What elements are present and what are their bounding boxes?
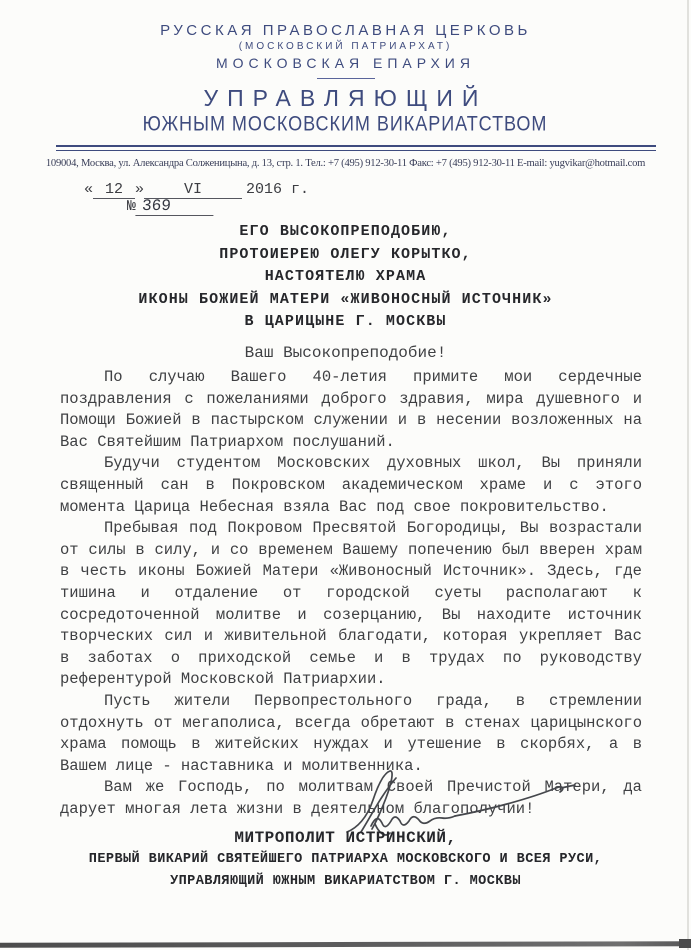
recipient-block: ЕГО ВЫСОКОПРЕПОДОБИЮ, ПРОТОИЕРЕЮ ОЛЕГУ К… xyxy=(0,221,691,334)
outgoing-number: 369 xyxy=(135,198,214,216)
signatory-role: УПРАВЛЯЮЩИЙ ЮЖНЫМ ВИКАРИАТСТВОМ Г. МОСКВ… xyxy=(0,871,691,893)
date-year: 2016 г. xyxy=(246,181,309,198)
church-name: РУССКАЯ ПРАВОСЛАВНАЯ ЦЕРКОВЬ xyxy=(0,22,691,39)
recipient-line: ПРОТОИЕРЕЮ ОЛЕГУ КОРЫТКО, xyxy=(0,244,691,267)
header-divider xyxy=(317,78,375,79)
office-title: УПРАВЛЯЮЩИЙ xyxy=(0,85,691,112)
signature-block: МИТРОПОЛИТ ИСТРИНСКИЙ, ПЕРВЫЙ ВИКАРИЙ СВ… xyxy=(0,827,691,893)
recipient-line: НАСТОЯТЕЛЮ ХРАМА xyxy=(0,266,691,289)
date-line: «12»VI2016 г. xyxy=(84,181,309,199)
letterhead: РУССКАЯ ПРАВОСЛАВНАЯ ЦЕРКОВЬ (МОСКОВСКИЙ… xyxy=(0,22,691,136)
open-guillemet: « xyxy=(84,181,93,198)
scan-edge-right xyxy=(687,0,689,950)
recipient-line: В ЦАРИЦЫНЕ Г. МОСКВЫ xyxy=(0,311,691,334)
date-day: 12 xyxy=(93,181,135,199)
salutation: Ваш Высокопреподобие! xyxy=(0,344,691,362)
letter-body: По случаю Вашего 40-летия примите мои се… xyxy=(60,367,642,820)
paragraph: По случаю Вашего 40-летия примите мои се… xyxy=(60,367,642,453)
paragraph: Пребывая под Покровом Пресвятой Богороди… xyxy=(60,518,642,691)
recipient-line: ИКОНЫ БОЖИЕЙ МАТЕРИ «ЖИВОНОСНЫЙ ИСТОЧНИК… xyxy=(0,289,691,312)
patriarchate-subtitle: (МОСКОВСКИЙ ПАТРИАРХАТ) xyxy=(0,41,691,52)
eparchy-name: МОСКОВСКАЯ ЕПАРХИЯ xyxy=(0,55,691,71)
contact-line: 109004, Москва, ул. Александра Солженицы… xyxy=(0,158,691,169)
close-guillemet: » xyxy=(135,181,144,198)
scan-edge-bottom xyxy=(0,941,691,947)
paragraph: Будучи студентом Московских духовных шко… xyxy=(60,453,642,518)
scanned-letter-page: РУССКАЯ ПРАВОСЛАВНАЯ ЦЕРКОВЬ (МОСКОВСКИЙ… xyxy=(0,0,691,950)
outgoing-number-line: №369 xyxy=(127,198,214,216)
scan-edge-corner xyxy=(679,939,691,948)
vicariate-title: ЮЖНЫМ МОСКОВСКИМ ВИКАРИАТСТВОМ xyxy=(143,113,548,138)
letterhead-double-rule xyxy=(56,145,656,151)
signatory-title: МИТРОПОЛИТ ИСТРИНСКИЙ, xyxy=(0,827,691,849)
signatory-role: ПЕРВЫЙ ВИКАРИЙ СВЯТЕЙШЕГО ПАТРИАРХА МОСК… xyxy=(0,849,691,871)
recipient-line: ЕГО ВЫСОКОПРЕПОДОБИЮ, xyxy=(0,221,691,244)
